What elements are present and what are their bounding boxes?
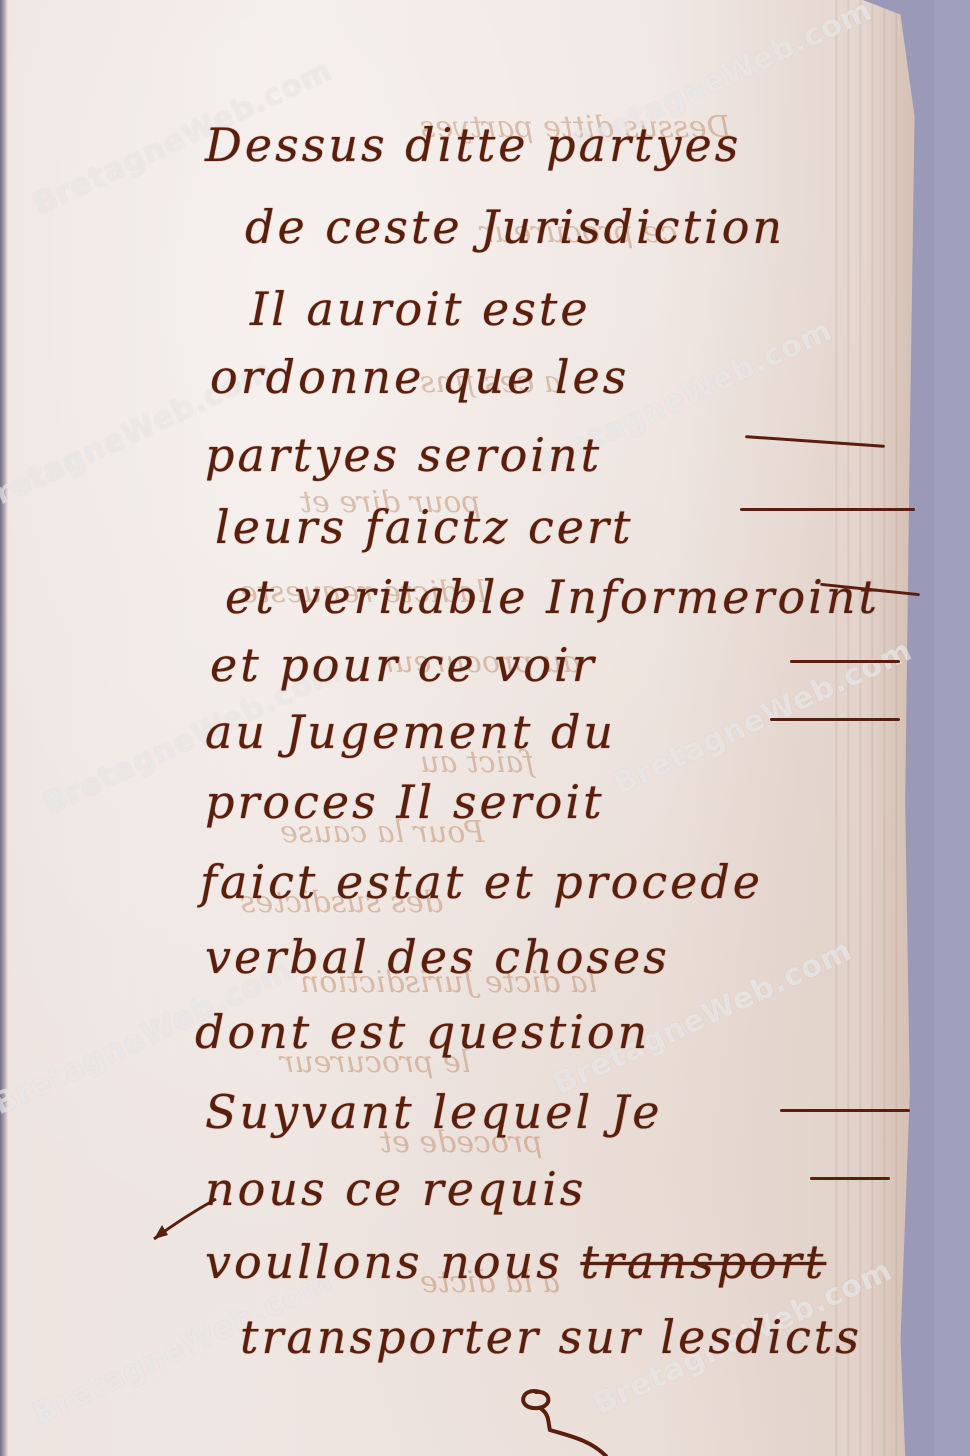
line-filler-rule	[790, 660, 900, 663]
line-filler-rule	[745, 435, 885, 448]
manuscript-line-8: et pour ce voir	[210, 638, 597, 692]
manuscript-line-12: verbal des choses	[205, 930, 670, 984]
manuscript-line-13: dont est question	[195, 1005, 650, 1059]
line-filler-rule	[770, 718, 900, 721]
manuscript-line-10: proces Il seroit	[205, 775, 605, 829]
manuscript-line-14: Suyvant lequel Je	[205, 1085, 663, 1139]
manuscript-line-5: partyes seroint	[205, 428, 602, 482]
manuscript-line-6: leurs faictz cert	[215, 500, 634, 554]
manuscript-line-2: de ceste Jurisdiction	[245, 200, 785, 254]
manuscript-line-4: ordonne que les	[210, 350, 629, 404]
paraph-flourish-icon	[510, 1380, 630, 1456]
manuscript-line-16: voullons nous transport	[205, 1235, 826, 1289]
line-filler-rule	[740, 508, 915, 511]
margin-arrow-icon	[148, 1195, 218, 1245]
manuscript-line-17: transporter sur lesdicts	[240, 1310, 862, 1364]
manuscript-line-9: au Jugement du	[205, 705, 616, 759]
manuscript-line-1: Dessus ditte partyes	[205, 118, 741, 172]
line-text: voullons nous	[205, 1235, 563, 1289]
manuscript-line-15: nous ce requis	[205, 1162, 586, 1216]
struck-word: transport	[580, 1235, 826, 1289]
manuscript-line-3: Il auroit este	[250, 282, 591, 336]
manuscript-text: Dessus ditte partyes de ceste Jurisdicti…	[0, 0, 938, 1456]
scan-background	[934, 0, 970, 1456]
manuscript-line-7: et veritable Informeroint	[225, 570, 880, 624]
line-filler-rule	[780, 1109, 910, 1112]
line-filler-rule	[810, 1177, 890, 1180]
manuscript-line-11: faict estat et procede	[200, 855, 763, 909]
